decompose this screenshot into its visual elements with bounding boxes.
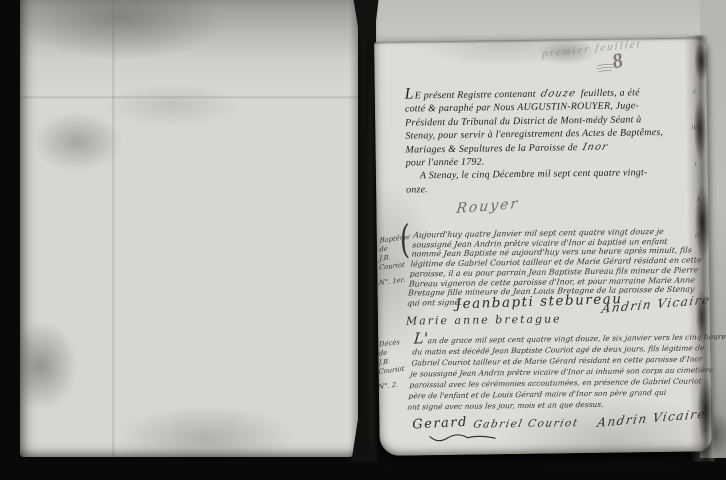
handwritten-fill-feuillets: douze [539, 87, 577, 101]
scanned-register-image: premier feuillet 8 LE présent Registre c… [0, 0, 726, 480]
preamble-text: Mariages & Sepultures de la Paroisse de [405, 142, 577, 155]
right-register-page: premier feuillet 8 LE présent Registre c… [374, 37, 712, 456]
handwritten-fill-parish: Inor [581, 140, 609, 154]
judge-signature-rouyer: Rouyer [455, 196, 520, 217]
preamble-text: feuillets, a été [581, 87, 640, 99]
gerard-signature-flourish-icon [427, 431, 497, 444]
pencil-folio-note: premier feuillet [542, 38, 642, 60]
paraph-flourish-icon [596, 63, 618, 73]
margin-entry-number: N°. 2. [378, 379, 412, 392]
signature-gabriel-couriot: Gabriel Couriot [472, 417, 580, 431]
signature-marie-anne-bretagne: Marie anne bretague [406, 312, 562, 327]
preamble-text: LE présent Registre contenant [405, 89, 536, 102]
margin-entry-number: N°. 1er. [379, 275, 413, 288]
burial-entry-margin: Décès de J.B. Couriot N°. 2. [378, 336, 413, 392]
burned-page-edge [680, 35, 716, 462]
signature-gerard: Gerard [412, 415, 468, 433]
printed-preamble: LE présent Registre contenantdouzefeuill… [405, 83, 702, 196]
burial-entry-body: L'an de grace mil sept cent quatre vingt… [407, 329, 714, 412]
left-blank-page [20, 0, 358, 457]
